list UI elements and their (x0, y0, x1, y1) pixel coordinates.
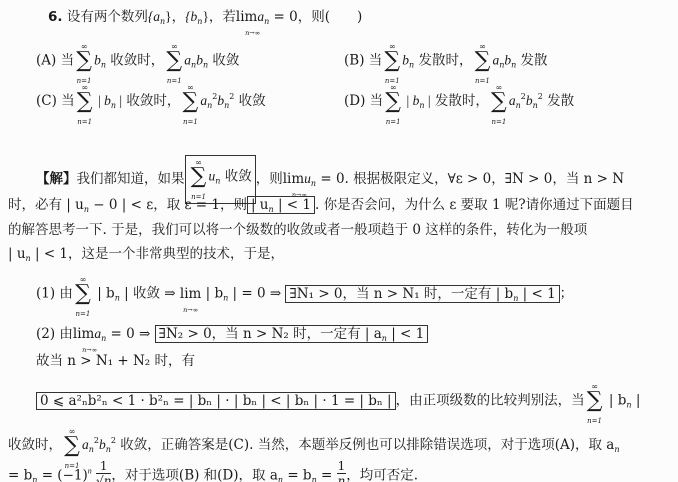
boxed-inequality: 0 ⩽ a²ₙb²ₙ < 1 · b²ₙ = | bₙ | · | bₙ | <… (36, 392, 396, 410)
solution-step-2: (2) 由limann→∞ = 0 ⇒ ∃N₂ > 0，当 n > N₂ 时，一… (36, 325, 428, 348)
sum-symbol: ∞∑n=1 (383, 91, 403, 113)
option-a[interactable]: (A) 当∞∑n=1bn 收敛时，∞∑n=1anbn 收敛 (36, 50, 239, 75)
sum-symbol: ∞∑n=1 (472, 50, 492, 72)
sum-symbol: ∞∑n=1 (74, 50, 94, 72)
solution-line-2: 时，必有 | un − 0 | < ε，取 ε = 1，则| un | < 1.… (8, 196, 634, 219)
question-stem: 6. 设有两个数列{an}，{bn}，若limann→∞ = 0，则( ) (48, 8, 362, 31)
boxed-un-less-than-1: | un | < 1 (247, 196, 315, 214)
solution-step-3: 故当 n > N₁ + N₂ 时，有 (36, 352, 195, 370)
fraction-1-over-sqrt-n: 1√n (96, 460, 111, 482)
option-c[interactable]: (C) 当∞∑n=1 | bn | 收敛时，∞∑n=1an2bn2 收敛 (36, 88, 266, 115)
option-b[interactable]: (B) 当∞∑n=1bn 发散时，∞∑n=1anbn 发散 (344, 50, 548, 75)
boxed-N2-condition: ∃N₂ > 0，当 n > N₂ 时，一定有 | an | < 1 (155, 325, 429, 343)
solution-conclusion-line: 收敛时，∞∑n=1an2bn2 收敛，正确答案是(C). 当然，本题举反例也可以… (8, 432, 620, 459)
solution-line-4: | un | < 1，这是一个非常典型的技术，于是， (8, 245, 284, 268)
question-number: 6. (48, 9, 63, 25)
sum-symbol: ∞∑n=1 (164, 50, 184, 72)
solution-inequality-line: 0 ⩽ a²ₙb²ₙ < 1 · b²ₙ = | bₙ | · | bₙ | <… (36, 390, 640, 415)
limit-expression: limann→∞ (236, 8, 269, 31)
sum-symbol: ∞∑n=1 (382, 50, 402, 72)
solution-counterexample-line: = bn = (−1)n 1√n，对于选项(B) 和(D)，取 an = bn … (8, 462, 418, 482)
boxed-N1-condition: ∃N₁ > 0，当 n > N₁ 时，一定有 | bn | < 1 (285, 285, 559, 303)
option-d[interactable]: (D) 当∞∑n=1 | bn | 发散时，∞∑n=1an2bn2 发散 (344, 88, 574, 115)
solution-line-3: 的解答思考一下. 于是，我们可以将一个级数的收敛或者一般项趋于 0 这样的条件，… (8, 221, 587, 239)
sum-symbol: ∞∑n=1 (75, 91, 95, 113)
sum-symbol: ∞∑n=1 (489, 91, 509, 113)
solution-step-1: (1) 由∞∑n=1 | bn | 收敛 ⇒ limn→∞ | bn | = 0… (36, 283, 573, 308)
solution-header: 【解】 (36, 171, 77, 187)
sum-symbol: ∞∑n=1 (180, 91, 200, 113)
fraction-1-over-n: 1n (337, 460, 347, 482)
